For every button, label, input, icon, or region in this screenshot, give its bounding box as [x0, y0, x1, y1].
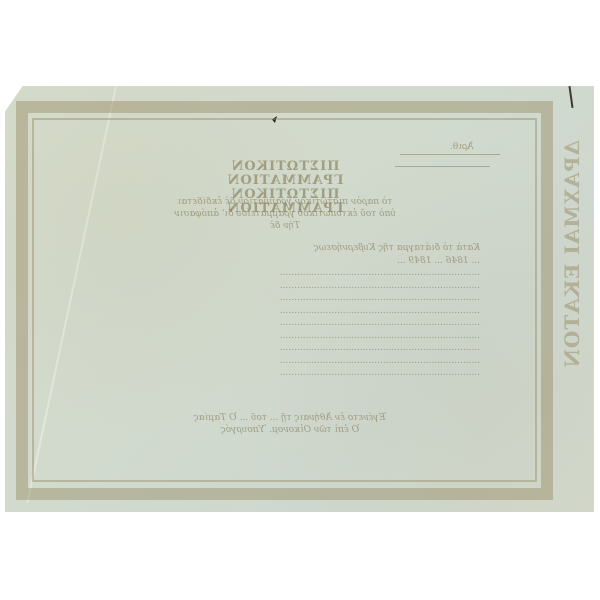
serial-rule-2	[395, 166, 490, 167]
body-line: ... 1846 ... 1849 ...	[80, 255, 480, 268]
subtitle-line: Τὴν δὲ	[170, 220, 400, 232]
body-line: ........................................…	[80, 267, 480, 280]
footer-line: Ὁ ἐπὶ τῶν Οἰκονομ. Ὑπουργός	[160, 424, 420, 436]
document-footer: Ἐγένετο ἐν Ἀθήναις τῇ ... τοῦ ... Ὁ Ταμί…	[160, 412, 420, 436]
body-line: ........................................…	[80, 305, 480, 318]
footer-line: Ἐγένετο ἐν Ἀθήναις τῇ ... τοῦ ... Ὁ Ταμί…	[160, 412, 420, 424]
body-line: ........................................…	[80, 280, 480, 293]
vertical-side-text: ΔΡΑΧΜΑΙ ΕΚΑΤΟΝ	[560, 140, 590, 440]
subtitle-line: τὸ παρὸν πιστωτικὸν γραμμάτιον δὲ ἐκδίδε…	[170, 196, 400, 208]
document-body: Κατὰ τὸ διάταγμα τῆς Κυβερνήσεως ... 184…	[80, 242, 480, 380]
serial-number-label: Ἀριθ.	[450, 142, 474, 152]
body-line: ........................................…	[80, 317, 480, 330]
serial-rule	[400, 154, 500, 155]
body-line: Κατὰ τὸ διάταγμα τῆς Κυβερνήσεως	[80, 242, 480, 255]
body-line: ........................................…	[80, 330, 480, 343]
body-line: ........................................…	[80, 292, 480, 305]
document-subtitle: τὸ παρὸν πιστωτικὸν γραμμάτιον δὲ ἐκδίδε…	[170, 196, 400, 232]
body-line: ........................................…	[80, 367, 480, 380]
body-line: ........................................…	[80, 355, 480, 368]
subtitle-line: ὑπὸ τοῦ ἐκτυπωτικοῦ γραμματείου δι' ἀπόφ…	[170, 208, 400, 220]
title-line: ΠΙΣΤΩΤΙΚΟΝ ΓΡΑΜΜΑΤΙΟΝ	[170, 160, 400, 188]
body-line: ........................................…	[80, 342, 480, 355]
